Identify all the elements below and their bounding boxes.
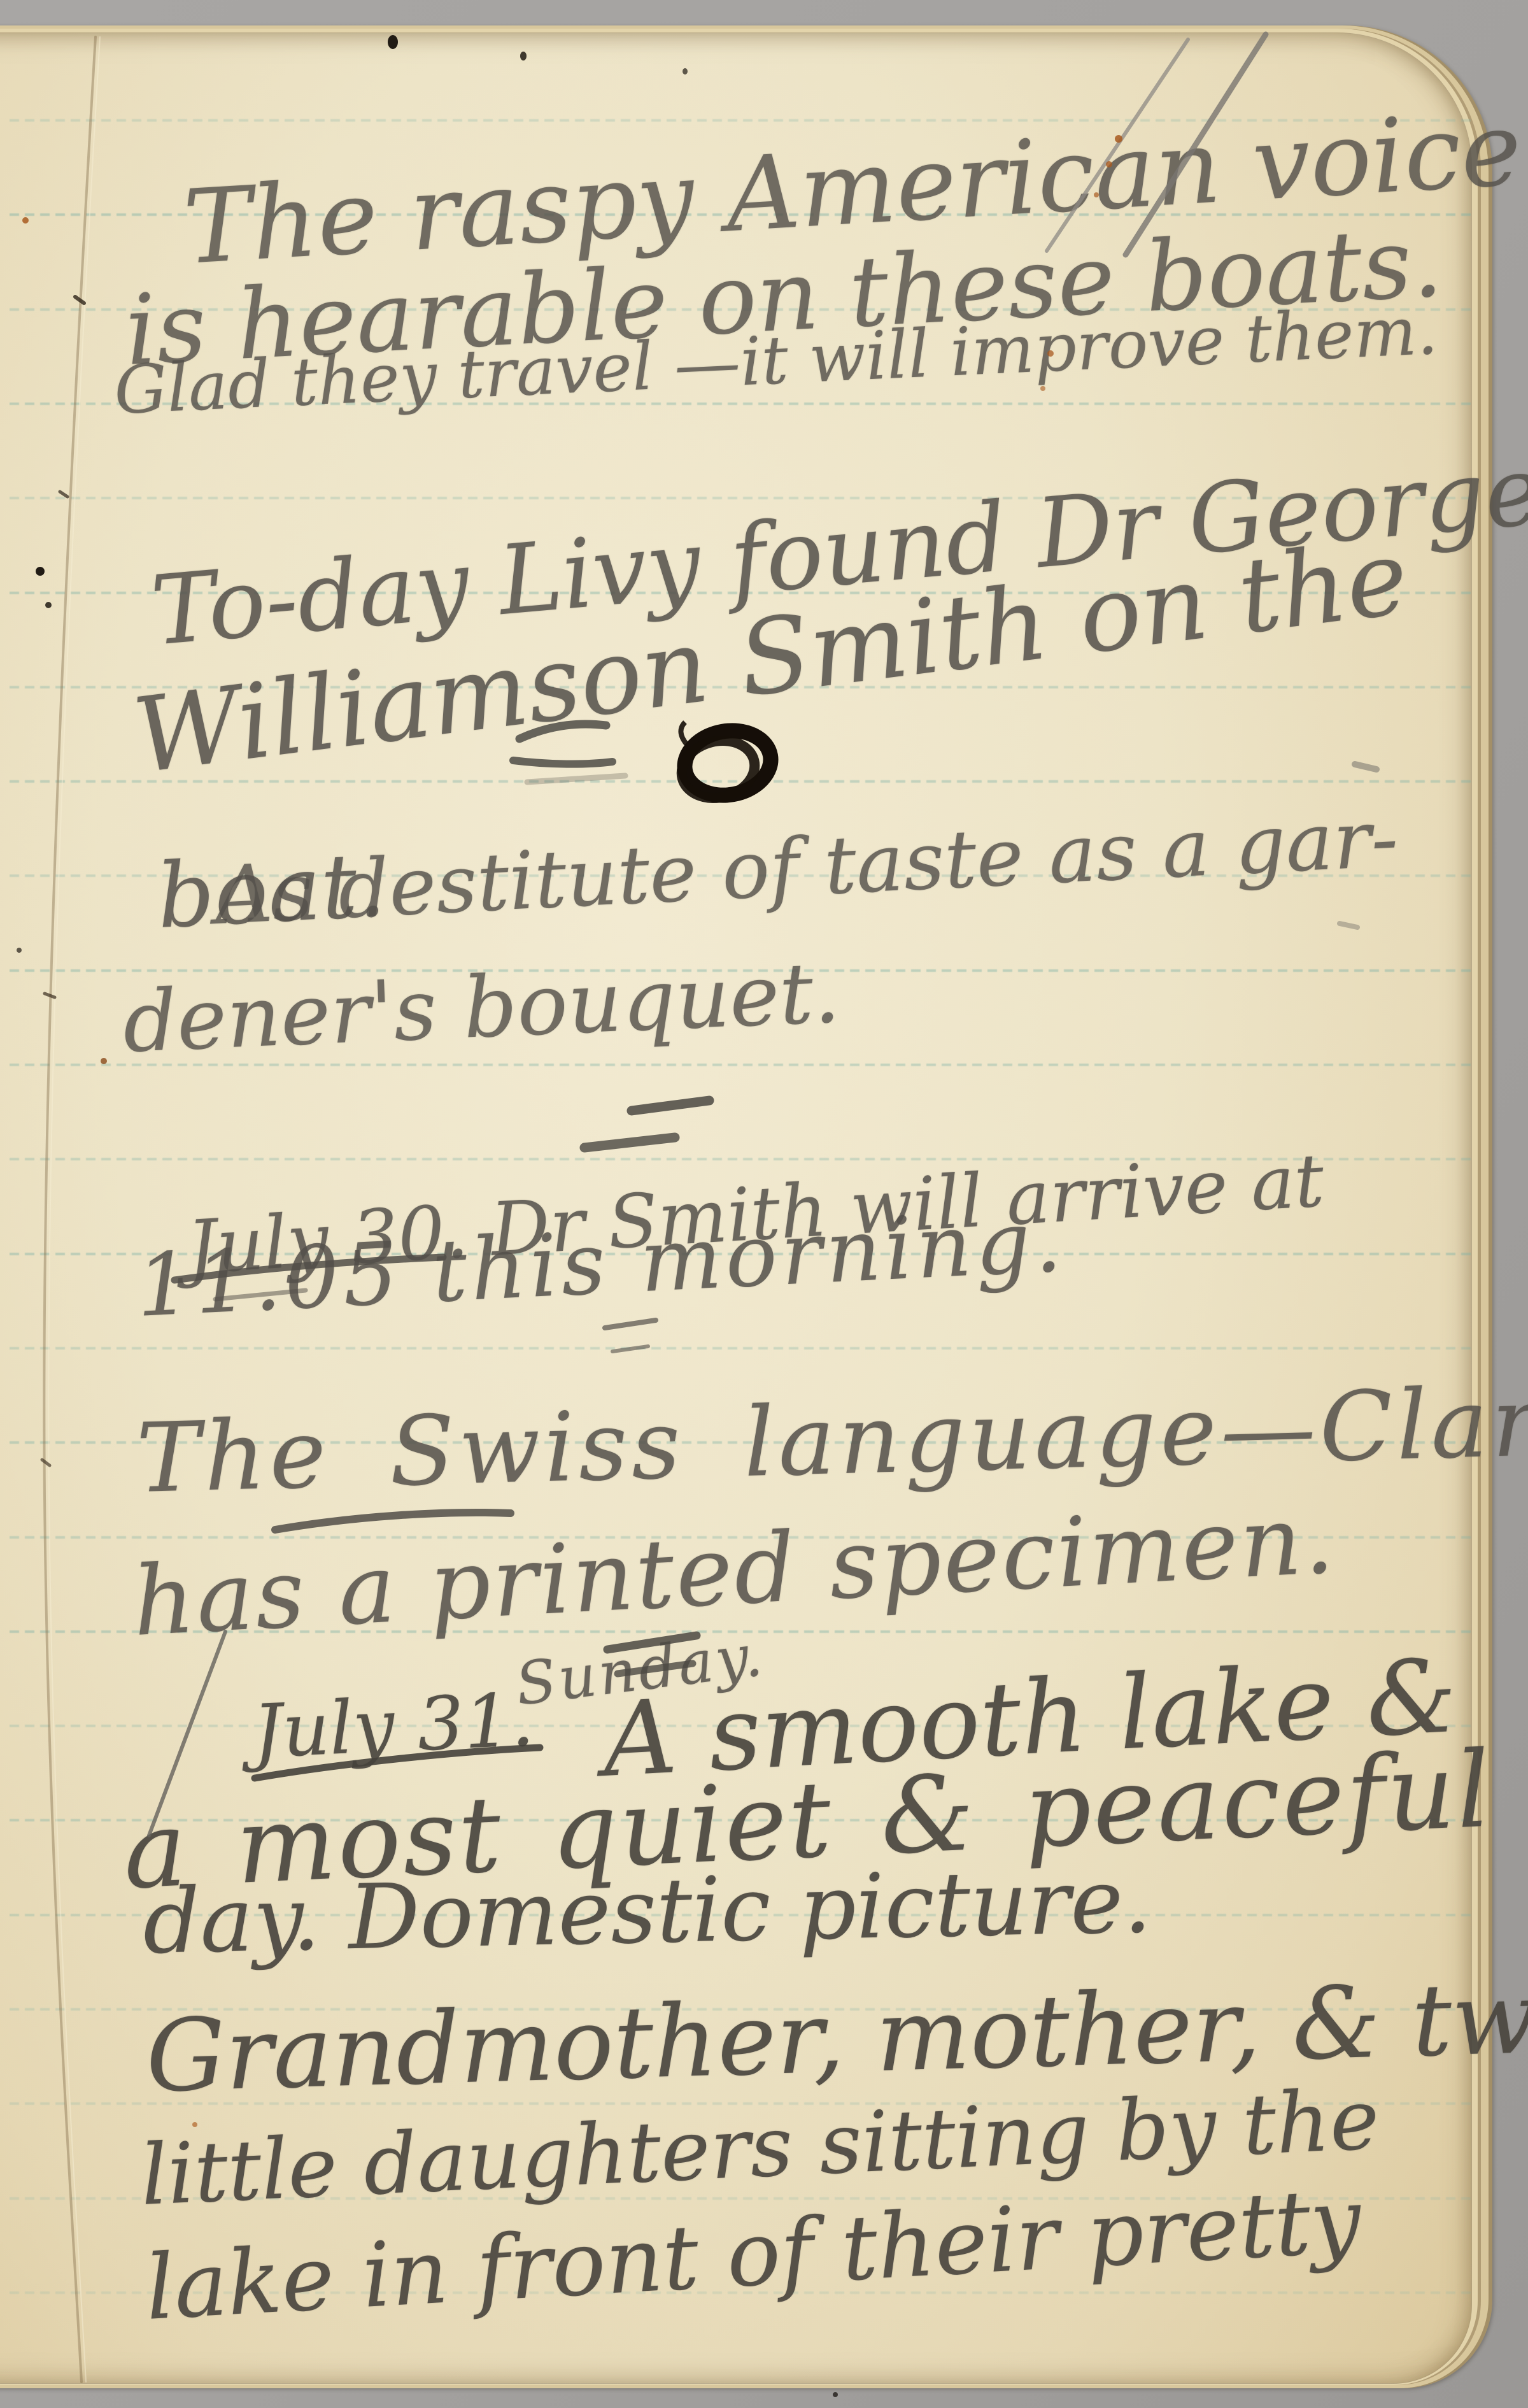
handwriting-line: day. Domestic picture. <box>142 1857 1152 1967</box>
handwriting-line-date: July 31. <box>251 1684 535 1769</box>
notebook-scan: The raspy American voice is hearable on … <box>0 0 1528 2408</box>
